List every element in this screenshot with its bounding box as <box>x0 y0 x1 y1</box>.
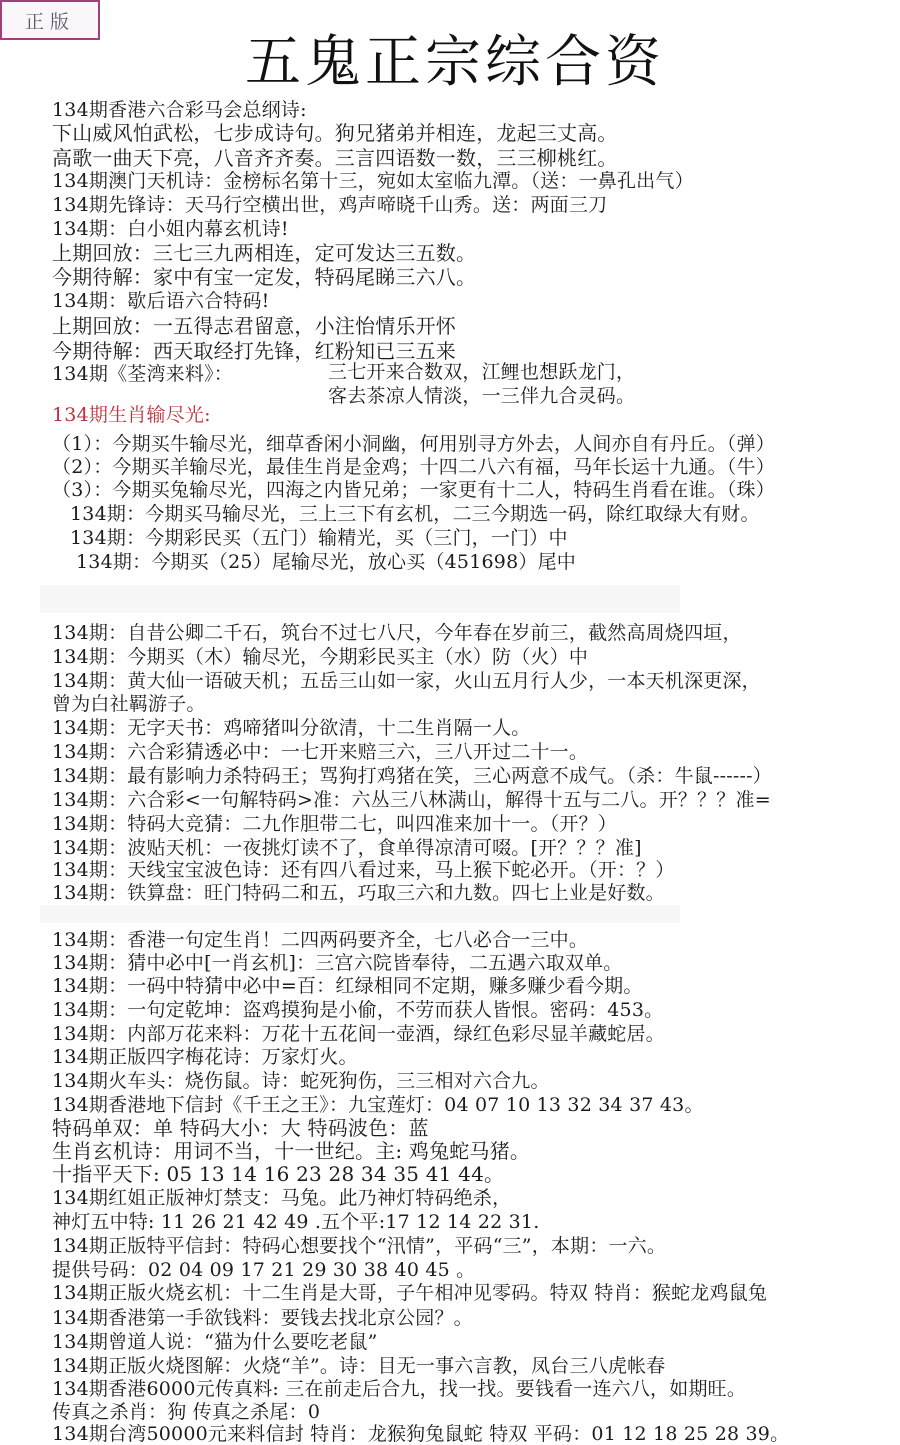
section-heading: 134期生肖输尽光: <box>52 403 211 427</box>
text-line: 134期：一句定乾坤：盗鸡摸狗是小偷，不劳而获人皆恨。密码：453。 <box>52 998 663 1022</box>
text-line: 134期红姐正版神灯禁支：马兔。此乃神灯特码绝杀， <box>52 1186 511 1210</box>
scan-artifact <box>40 905 680 923</box>
text-line: 134期先锋诗：天马行空横出世，鸡声啼晓千山秀。送：两面三刀 <box>52 193 607 217</box>
text-line: 134期：歇后语六合特码! <box>52 289 270 313</box>
text-line: 134期火车头：烧伤鼠。诗：蛇死狗伤，三三相对六合九。 <box>52 1069 550 1093</box>
text-line: 传真之杀肖：狗 传真之杀尾：0 <box>52 1400 320 1424</box>
text-line: 134期：内部万花来料：万花十五花间一壶酒，绿红色彩尽显羊藏蛇居。 <box>52 1022 665 1046</box>
text-line: 上期回放：三七三九两相连，定可发达三五数。 <box>52 241 476 265</box>
poem-line: 三七开来合数双，江鲤也想跃龙门， <box>328 360 635 384</box>
text-line: 134期：最有影响力杀特码王；骂狗打鸡猪在笑，三心两意不成气。（杀：牛鼠----… <box>52 764 772 788</box>
text-line: 134期：特码大竞猜：二九作胆带二七，叫四准来加十一。（开？） <box>52 812 617 836</box>
text-line: 提供号码：02 04 09 17 21 29 30 38 40 45 。 <box>52 1258 475 1282</box>
text-line: 134期：今期买（木）输尽光，今期彩民买主（水）防（火）中 <box>52 645 588 669</box>
text-line: 134期：天线宝宝波色诗：还有四八看过来，马上猴下蛇必开。（开：？） <box>52 858 675 882</box>
text-line: 134期：自昔公卿二千石，筑台不过七八尺，今年春在岁前三，截然高周烧四垣， <box>52 621 742 645</box>
text-line: 134期正版四字梅花诗：万家灯火。 <box>52 1045 358 1069</box>
text-line: 134期：今期买马输尽光，三上三下有玄机，二三今期选一码，除红取绿大有财。 <box>70 502 760 526</box>
text-line: 134期香港第一手欲钱料：要钱去找北京公园？。 <box>52 1306 473 1330</box>
text-line: 134期香港6000元传真料: 三在前走后合九，找一找。要钱看一连六八，如期旺。 <box>52 1377 746 1401</box>
text-line: 134期：白小姐内幕玄机诗! <box>52 217 289 241</box>
text-line: 134期澳门天机诗：金榜标名第十三，宛如太室临九潭。（送：一鼻孔出气） <box>52 169 694 193</box>
scan-artifact <box>40 585 680 613</box>
page-title: 五鬼正宗综合资 <box>0 18 900 98</box>
text-line: 十指平天下: 05 13 14 16 23 28 34 35 41 44。 <box>52 1162 504 1186</box>
text-line: 134期台湾50000元来料信封 特肖：龙猴狗兔鼠蛇 特双 平码：01 12 1… <box>52 1422 789 1445</box>
text-line: 134期：黄大仙一语破天机；五岳三山如一家，火山五月行人少，一本天机深更深， <box>52 669 761 693</box>
text-line: 134期正版火烧图解：火烧“羊”。诗：目无一事六言教，凤台三八虎帐春 <box>52 1354 666 1378</box>
text-line: （1）：今期买牛输尽光，细草香闲小洞幽，何用别寻方外去，人间亦自有丹丘。（弹） <box>52 432 775 456</box>
text-line: 134期正版火烧玄机：十二生肖是大哥，子午相冲见零码。特双 特肖：猴蛇龙鸡鼠兔 <box>52 1281 767 1305</box>
text-line: 生肖玄机诗：用词不当，十一世纪。主: 鸡兔蛇马猪。 <box>52 1139 530 1163</box>
text-line: （3）：今期买兔输尽光，四海之内皆兄弟；一家更有十二人，特码生肖看在谁。（珠） <box>52 478 775 502</box>
text-line: 134期香港六合彩马会总纲诗: <box>52 98 307 122</box>
text-line: 曾为白社羁游子。 <box>52 692 206 716</box>
text-line: 神灯五中特: 11 26 21 42 49 .五个平:17 12 14 22 3… <box>52 1210 539 1234</box>
text-line: 134期：今期彩民买（五门）输精光，买（三门，一门）中 <box>70 526 568 550</box>
text-line: 今期待解：家中有宝一定发，特码尾睇三六八。 <box>52 265 476 289</box>
text-line: 134期：一码中特猜中必中=百：红绿相同不定期，赚多赚少看今期。 <box>52 974 643 998</box>
text-line: 134期香港地下信封《千王之王》：九宝莲灯：04 07 10 13 32 34 … <box>52 1093 704 1117</box>
text-line: 特码单双：单 特码大小：大 特码波色：蓝 <box>52 1116 429 1140</box>
text-line: 下山威风怕武松，七步成诗句。狗兄猪弟并相连，龙起三丈高。 <box>52 121 618 145</box>
text-line: 134期：波贴天机：一夜挑灯读不了，食单得凉清可啜。[开？？？准] <box>52 836 642 860</box>
text-line: 134期：今期买（25）尾输尽光，放心买（451698）尾中 <box>76 550 576 574</box>
text-line: 134期：铁算盘：旺门特码二和五，巧取三六和九数。四七上业是好数。 <box>52 881 665 905</box>
text-line: 134期曾道人说：“猫为什么要吃老鼠” <box>52 1330 378 1354</box>
text-line: 134期：六合彩猜透必中：一七开来赔三六，三八开过二十一。 <box>52 740 588 764</box>
poem-line: 客去茶凉人情淡，一三伴九合灵码。 <box>328 384 635 408</box>
text-line: 134期：无字天书：鸡啼猪叫分欲清，十二生肖隔一人。 <box>52 716 530 740</box>
text-line: （2）：今期买羊输尽光，最佳生肖是金鸡；十四二八六有福，马年长运十九通。（牛） <box>52 455 775 479</box>
text-line: 134期：香港一句定生肖！二四两码要齐全，七八必合一三中。 <box>52 928 588 952</box>
text-line: 134期正版特平信封：特码心想要找个“汛情”，平码“三”，本期：一六。 <box>52 1234 666 1258</box>
text-line: 上期回放：一五得志君留意，小注怡情乐开怀 <box>52 314 456 338</box>
text-line: 高歌一曲天下亮，八音齐齐奏。三言四语数一数，三三柳桃红。 <box>52 146 618 170</box>
text-line: 134期《荃湾来料》： <box>52 362 233 386</box>
text-line: 134期：六合彩<一句解特码>准：六丛三八林满山，解得十五与二八。开？？？准= <box>52 788 771 812</box>
text-line: 134期：猜中必中[一肖玄机]：三宫六院皆奉待，二五遇六取双单。 <box>52 951 623 975</box>
